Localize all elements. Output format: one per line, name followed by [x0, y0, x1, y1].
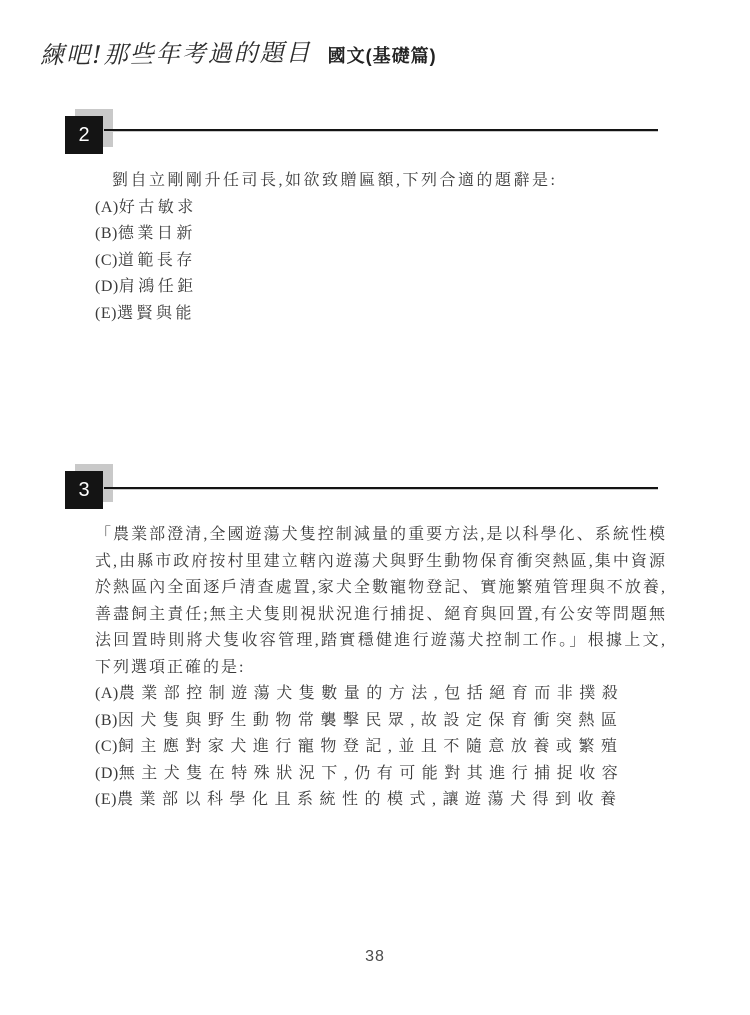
option-label: (D) [95, 765, 119, 782]
question-3-rule [104, 487, 658, 490]
option-text: 肩鴻任鉅 [119, 278, 197, 295]
option-row: (B)因犬隻與野生動物常襲擊民眾,故設定保育衝突熱區 [95, 708, 667, 735]
question-3-number: 3 [78, 479, 89, 502]
option-row: (C)道範長存 [95, 248, 667, 275]
question-3-number-badge: 3 [65, 471, 103, 509]
question-2-rule [104, 129, 658, 132]
question-2-number-badge: 2 [65, 116, 103, 154]
option-label: (A) [95, 685, 119, 702]
option-row: (A)農業部控制遊蕩犬隻數量的方法,包括絕育而非撲殺 [95, 681, 667, 708]
question-2-stem: 劉自立剛剛升任司長,如欲致贈匾額,下列合適的題辭是: [95, 168, 667, 195]
question-3-body: 「農業部澄清,全國遊蕩犬隻控制減量的重要方法,是以科學化、系統性模式,由縣市政府… [95, 522, 667, 814]
option-text: 無主犬隻在特殊狀況下,仍有可能對其進行捕捉收容 [119, 765, 625, 782]
option-row: (D)肩鴻任鉅 [95, 274, 667, 301]
option-row: (A)好古敏求 [95, 195, 667, 222]
option-row: (E)選賢與能 [95, 301, 667, 328]
option-label: (A) [95, 199, 119, 216]
question-3-stem: 「農業部澄清,全國遊蕩犬隻控制減量的重要方法,是以科學化、系統性模式,由縣市政府… [95, 522, 667, 681]
option-label: (E) [95, 305, 117, 322]
option-row: (C)飼主應對家犬進行寵物登記,並且不隨意放養或繁殖 [95, 734, 667, 761]
series-title: 練吧!那些年考過的題目 [40, 33, 312, 71]
option-text: 道範長存 [118, 252, 196, 269]
page-header: 練吧!那些年考過的題目 國文(基礎篇) [40, 34, 437, 69]
option-label: (B) [95, 225, 118, 242]
option-label: (B) [95, 712, 118, 729]
option-text: 好古敏求 [119, 199, 197, 216]
option-row: (B)德業日新 [95, 221, 667, 248]
question-2-body: 劉自立剛剛升任司長,如欲致贈匾額,下列合適的題辭是: (A)好古敏求 (B)德業… [95, 168, 667, 327]
option-label: (C) [95, 738, 118, 755]
option-label: (C) [95, 252, 118, 269]
option-text: 農業部以科學化且系統性的模式,讓遊蕩犬得到收養 [117, 791, 623, 808]
option-label: (D) [95, 278, 119, 295]
subject-title: 國文(基礎篇) [328, 42, 437, 68]
document-page: 練吧!那些年考過的題目 國文(基礎篇) 2 劉自立剛剛升任司長,如欲致贈匾額,下… [0, 0, 750, 1015]
option-label: (E) [95, 791, 117, 808]
page-number: 38 [0, 948, 750, 966]
option-text: 飼主應對家犬進行寵物登記,並且不隨意放養或繁殖 [118, 738, 624, 755]
option-text: 選賢與能 [117, 305, 195, 322]
option-row: (D)無主犬隻在特殊狀況下,仍有可能對其進行捕捉收容 [95, 761, 667, 788]
option-row: (E)農業部以科學化且系統性的模式,讓遊蕩犬得到收養 [95, 787, 667, 814]
option-text: 因犬隻與野生動物常襲擊民眾,故設定保育衝突熱區 [118, 712, 624, 729]
option-text: 德業日新 [118, 225, 196, 242]
option-text: 農業部控制遊蕩犬隻數量的方法,包括絕育而非撲殺 [119, 685, 625, 702]
question-2-number: 2 [78, 124, 89, 147]
